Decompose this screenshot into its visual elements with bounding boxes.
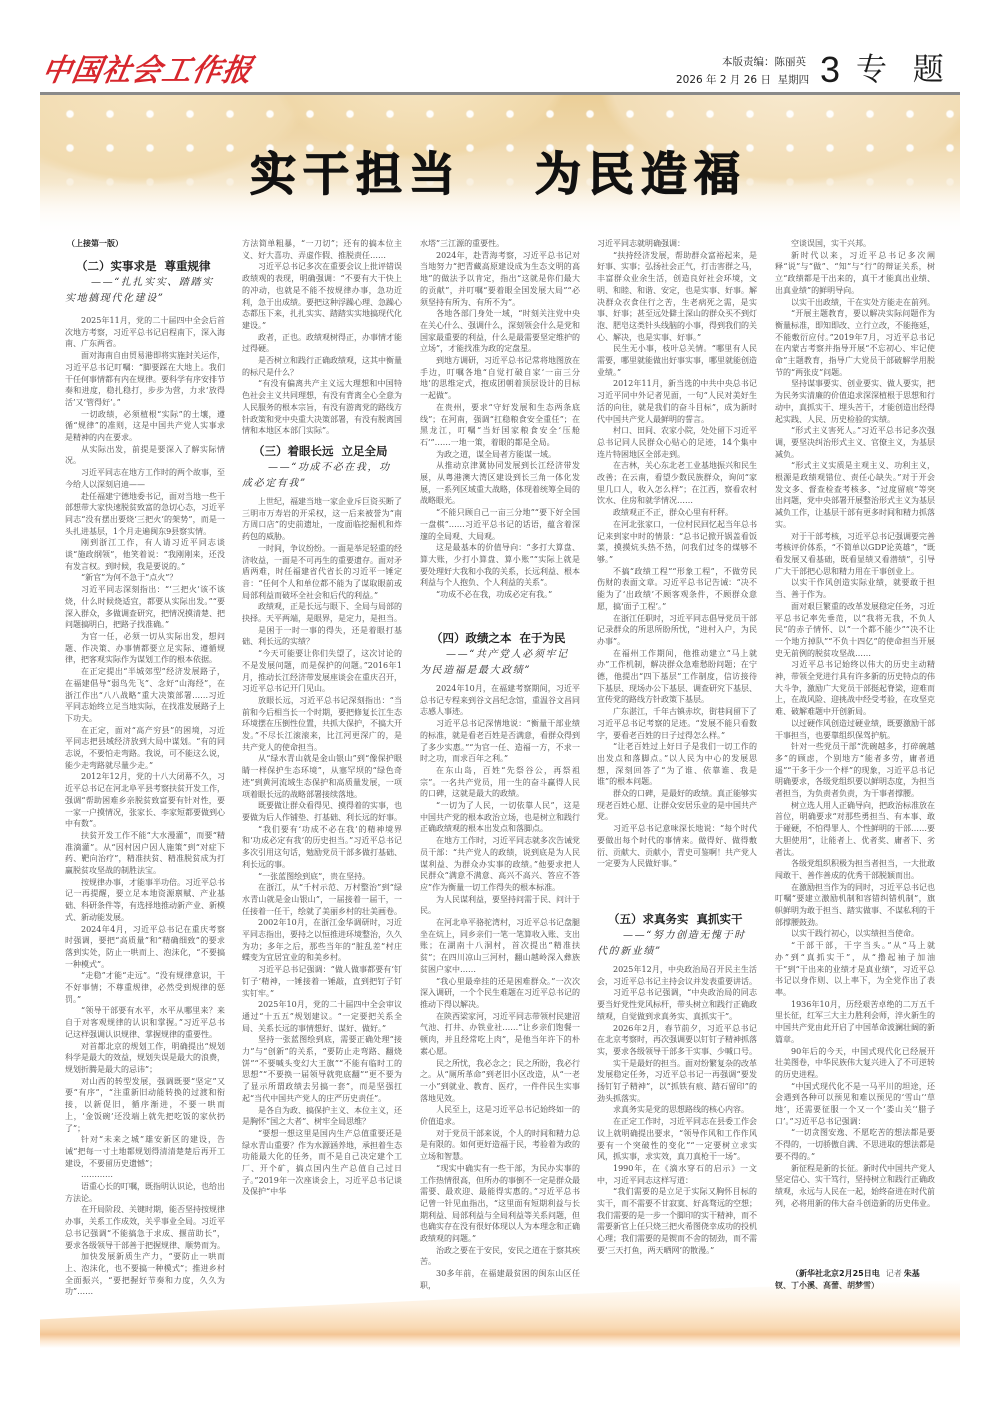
credit-reporter-label: 记者 [880,1269,904,1278]
article-paragraph: 面对艰巨繁重的改革发展稳定任务，习近平总书记率先垂范，以“我将无我，不负人民”的… [775,601,935,660]
article-paragraph: 在开局阶段、关键时期，能否坚持按规律办事，关系工作成效，关乎事业全局。习近平总书… [65,1204,225,1251]
article-paragraph: 人民至上，这是习近平总书记始终如一的价值追求。 [420,1104,580,1127]
column-text: 2024年10月，在福建考察期间，习近平总书记专程来到谷文昌纪念馆，重温谷文昌同… [420,683,580,1300]
section-heading-5: （五）求真务实 真抓实干 ——“努力创造无愧于时代的新业绩” [597,911,757,960]
article-paragraph: 一切政绩，必须植根“实际”的土壤，遵循“规律”的准则，这是中国共产党人实事求是精… [65,409,225,444]
article-paragraph: 群众的口碑，是最好的政绩。真正能够实现老百姓心愿、让群众安居乐业的是中国共产党。 [597,788,757,823]
article-paragraph: 在正定工作时，习近平同志在县委工作会议上就明确提出要求，“领导作风和工作作风要有… [597,1116,757,1163]
article-paragraph: “形式主义害死人。”习近平总书记多次强调，要坚决纠治形式主义、官僚主义，为基层减… [775,425,935,460]
article-paragraph: 习近平总书记深情地说：“衡量干部业绩的标准，就是看老百姓是否满意，看群众得到了多… [420,718,580,765]
article-paragraph: 在地方工作时，习近平同志就多次告诫党员干部：“共产党人的政绩，说到底是为人民谋利… [420,835,580,894]
article-paragraph: 以实干出政绩，干在实处方能走在前列。 [775,297,935,309]
article-paragraph: 以实干践行初心，以实绩担当使命。 [775,928,935,940]
article-paragraph: 民之所忧，我必念之；民之所盼，我必行之。从“厕所革命”到老旧小区改造，从“一老一… [420,1058,580,1105]
article-paragraph: “现实中确实有一些干部，为民办实事的工作热情很高，但所办的事倒不一定是群众最需要… [420,1163,580,1245]
article-paragraph: 刚到浙江工作，有人请习近平同志谈谈“施政纲领”，他笑着说：“我刚刚来，还没有发言… [65,537,225,572]
article-paragraph: 2025年12月，中央政治局召开民主生活会，习近平总书记主持会议并发表重要讲话。 [597,964,757,987]
article-paragraph: 新时代以来，习近平总书记多次阐释“说”与“做”、“知”与“行”的辩证关系，树立“… [775,250,935,297]
section-title: （五）求真务实 真抓实干 [597,911,757,928]
article-paragraph: 对于干部考核，习近平总书记强调要完善考核评价体系，“不简单以GDP论英雄”，“既… [775,531,935,578]
article-paragraph: 2026年2月，春节前夕，习近平总书记在北京考察时，再次强调要以钉钉子精神抓落实… [597,1023,757,1058]
column-text: 习近平同志就明确强调：“扶持经济发展，帮助群众富裕起来，是好事、实事；弘扬社会正… [597,238,757,905]
headline-left: 实干担当 [250,145,462,203]
column-text: 2025年12月，中央政治局召开民主生活会，习近平总书记主持会议并发表重要讲话。… [597,964,757,1300]
article-paragraph: 为政之道，谋全局者方能谋一域。 [420,449,580,461]
column-text: 空谈误国，实干兴邦。新时代以来，习近平总书记多次阐释“说”与“做”、“知”与“行… [775,238,935,1268]
article-paragraph: 对于党员干部来说，个人的时间和精力总是有限的。如何更好造福于民，考验着为政的立场… [420,1128,580,1163]
article-paragraph: 习近平同志就明确强调： [597,238,757,250]
article-column-1: （上接第一版） （二）实事求是 尊重规律 ——“扎扎实实、踏踏实实地搞现代化建设… [65,238,225,1300]
article-column-4: 习近平同志就明确强调：“扶持经济发展，帮助群众富裕起来，是好事、实事；弘扬社会正… [597,238,757,1300]
article-paragraph: 从推动京津冀协同发展到长江经济带发展，从粤港澳大湾区建设到长三角一体化发展，一系… [420,460,580,507]
headline-banner: 实干担当 为民造福 [40,95,960,238]
article-paragraph: 树立选人用人正确导向，把政治标准放在首位，明确要求“对那些勇担当、有本事、敢于碰… [775,800,935,859]
article-paragraph: 政绩观，正是长远与眼下、全局与局部的抉择。天平两端，是眼界，是定力，是担当。 [242,601,402,624]
section-subtitle: ——“共产党人必须牢记为民造福是最大政绩” [420,647,580,679]
article-paragraph: 村口、田间、农家小院，处处留下习近平总书记同人民群众心贴心的足迹，14个集中连片… [597,425,757,460]
article-paragraph: “走稳”才能“走远”。“没有规律意识，干不好事情；不尊重规律，必然受到规律的惩罚… [65,970,225,1005]
article-paragraph: 从“绿水青山就是金山银山”到“像保护眼睛一样保护生态环境”，从塞罕坝的“绿色奇迹… [242,753,402,800]
article-paragraph: 水塔”三江源的重要性。 [420,238,580,250]
continued-note: （上接第一版） [67,238,225,250]
article-paragraph: 1936年10月，历经艰苦卓绝的二万五千里长征，红军三大主力胜利会师，淬火新生的… [775,999,935,1046]
article-paragraph: 以实干作风创造实际业绩，就要敢于担当、善于作为。 [775,577,935,600]
article-paragraph: 方法简单粗暴，“一刀切”；还有的搞本位主义、好大喜功、弄虚作假、推脱责任…… [242,238,402,261]
article-paragraph: “让老百姓过上好日子是我们一切工作的出发点和落脚点。”以人民为中心的发展思想，深… [597,741,757,788]
article-paragraph: 2024年4月，习近平总书记在重庆考察时强调，要把“高质量”和“精确细致”的要求… [65,924,225,971]
article-paragraph: 习近平总书记意味深长地说：“每个时代要做出每个时代的事情来。做得好、做得敷衍、贡… [597,823,757,870]
article-paragraph: “新官”为何不急于“点火”？ [65,572,225,584]
article-paragraph: “一切为了人民，一切依靠人民”，这是中国共产党的根本政治立场，也是树立和践行正确… [420,800,580,835]
article-paragraph: “我心里最牵挂的还是困难群众。”一次次深入调研，一个个民生难题在习近平总书记的推… [420,976,580,1011]
article-paragraph: 以过硬作风创造过硬业绩，既要激励干部干事担当，也要靠组织保驾护航。 [775,718,935,741]
article-paragraph: “有没有偏离共产主义远大理想和中国特色社会主义共同理想，有没有背离全心全意为人民… [242,378,402,437]
banner-fade [40,183,960,238]
article-paragraph: 上世纪，福建当地一家企业斥巨资买断了三明市万寿岩的开采权，这一后来被誉为“南方周… [242,496,402,543]
article-paragraph: 2012年12月，党的十八大闭幕不久，习近平总书记在河北阜平县考察扶贫开发工作，… [65,771,225,830]
article-paragraph: 实干是最好的担当。面对纷繁复杂的改革发展稳定任务，习近平总书记一再强调“要发扬钉… [597,1058,757,1105]
section-name: 专 题 [856,53,946,87]
article-paragraph: ………… [65,1169,225,1181]
article-paragraph: “我们要有‘功成不必在我’的精神境界和‘功成必定有我’的历史担当。”习近平总书记… [242,824,402,871]
article-paragraph: 习近平总书记始终以伟大的历史主动精神，带领全党进行具有许多新的历史特点的伟大斗争… [775,659,935,718]
article-paragraph: 坚持谋事要实、创业要实、做人要实，把为民务实清廉的价值追求深深植根于思想和行动中… [775,378,935,425]
article-paragraph: 不搞“政绩工程”“形象工程”，不做劳民伤财的表面文章。习近平总书记告诫：“决不能… [597,566,757,613]
article-paragraph: 语重心长的叮嘱，既指明认识论，也给出方法论。 [65,1181,225,1204]
article-paragraph: 从实际出发，前提是要深入了解实际情况。 [65,444,225,467]
article-paragraph: 求真务实是党的思想路线的核心内容。 [597,1104,757,1116]
article-paragraph: 习近平同志深刻指出：“‘三把火’该不该烧，什么时候烧适宜，都要从实际出发。”“要… [65,584,225,631]
article-paragraph: 到地方调研，习近平总书记常将地图放在手边，叮嘱各地“自觉打破自家‘一亩三分地’的… [420,355,580,402]
article-paragraph: 是各自为政、搞保护主义、本位主义，还是胸怀“国之大者”、树牢全局思维？ [242,1105,402,1128]
article-paragraph: “我们需要的是立足于实际又胸怀目标的实干，而不需要不甘寂寞、好高骛远的空想；我们… [597,1186,757,1256]
article-paragraph: 2024年，赴青海考察，习近平总书记对当地努力“把青藏高原建设成为生态文明的高地… [420,250,580,309]
article-paragraph: 政者，正也。政绩观树得正，办事情才能过得硬。 [242,332,402,355]
article-paragraph: “领导干部要有水平，水平从哪里来？来自于对客观规律的认识和掌握。”习近平总书记这… [65,1005,225,1040]
article-paragraph: 扶贫开发工作不能“大水漫灌”，而要“精准滴灌”。从“因村因户因人施策”到“对症下… [65,830,225,877]
article-paragraph: “今天可能要让你们失望了，这次讨论的不是发展问题，而是保护的问题。”2016年1… [242,648,402,695]
article-paragraph: 在河北阜平骆驼湾村，习近平总书记盘腿坐在炕上，同乡亲们一笔一笔算收入账、支出账；… [420,917,580,976]
article-paragraph: 30多年前，在福建最贫困的闽东山区任职， [420,1268,580,1291]
page-editor: 本版责编：陈丽英 [722,56,806,69]
article-paragraph: 在激励担当作为的同时，习近平总书记也叮嘱“要建立激励机制和容错纠错机制”，旗帜鲜… [775,882,935,929]
article-paragraph: 放眼长远，习近平总书记深刻指出：“当前和今后相当长一个时期，要把修复长江生态环境… [242,695,402,754]
article-paragraph: “一张蓝图绘到底”，贵在坚持。 [242,871,402,883]
article-column-3: 水塔”三江源的重要性。2024年，赴青海考察，习近平总书记对当地努力“把青藏高原… [420,238,580,1300]
headline-right: 为民造福 [535,145,747,203]
article-paragraph: 新征程是新的长征。新时代中国共产党人坚定信心、实干笃行，坚持树立和践行正确政绩观… [775,1163,935,1210]
article-paragraph: 在浙江任职时，习近平同志倡导党员干部记录群众的所思所盼所忧，“进村入户，为民办事… [597,613,757,648]
article-paragraph: 民生无小事，枝叶总关情。“哪里有人民需要，哪里就能做出好事实事，哪里就能创造业绩… [597,343,757,378]
article-paragraph: 对山西的转型发展，强调既要“坚定”又要“有序”，“注重新旧动能转换的过渡和衔接，… [65,1076,225,1135]
section-heading-2: （二）实事求是 尊重规律 ——“扎扎实实、踏踏实实地搞现代化建设” [65,258,225,307]
article-paragraph: 针对一些党员干部“洗碗越多，打碎碗越多”的顾虑，个别地方“能者多劳，庸者逍遥”“… [775,741,935,800]
article-paragraph: 一时间，争议纷纷。一面是举足轻重的经济收益，一面是不可再生的重要遗存。面对矛盾两… [242,543,402,602]
article-paragraph: 2025年10月，党的二十届四中全会审议通过“十五五”规划建议。“一定要把关系全… [242,999,402,1034]
article-paragraph: 在正定提出“半城郊型”经济发展路子，在福建倡导“弱鸟先飞”、念好“山海经”，在浙… [65,666,225,725]
article-column-2: 方法简单粗暴，“一刀切”；还有的搞本位主义、好大喜功、弄虚作假、推脱责任……习近… [242,238,402,1300]
article-paragraph: “一切贪图安逸、不愿吃苦的想法都是要不得的，一切骄傲自满、不思进取的想法都是要不… [775,1127,935,1162]
column-text: 水塔”三江源的重要性。2024年，赴青海考察，习近平总书记对当地努力“把青藏高原… [420,238,580,624]
article-paragraph: 2002年10月，在浙江金华调研时，习近平同志指出，要持之以恒推进环境整治，久久… [242,917,402,964]
article-paragraph: 加快发展新质生产力，“要防止一哄而上、泡沫化，也不要搞一种模式”；推进乡村全面振… [65,1251,225,1298]
article-paragraph: 2025年11月，党的二十届四中全会后首次地方考察，习近平总书记启程南下，深入海… [65,315,225,350]
article-paragraph: 2012年11月，新当选的中共中央总书记习近平同中外记者见面，一句“人民对美好生… [597,378,757,425]
article-paragraph: 对首都北京的规划工作，明确提出“规划科学是最大的效益，规划失误是最大的浪费，规划… [65,1041,225,1076]
article-paragraph: 在贵州，要求“守好发展和生态两条底线”；在河南，强调“扛稳粮食安全重任”；在黑龙… [420,402,580,449]
article-paragraph: 治政之要在于安民，安民之道在于察其疾苦。 [420,1245,580,1268]
issue-date: 2026 年 2 月 26 日 星期四 [676,74,809,87]
article-paragraph: “开展主题教育，要以解决实际问题作为衡量标准，即知即改、立行立改，不能拖延，不能… [775,308,935,378]
article-paragraph: 是困于一时一事的得失，还是着眼打基础、利长远的实绩？ [242,625,402,648]
article-paragraph: 90年后的今天，中国式现代化已经展开壮美图卷，中华民族伟大复兴进入了不可逆转的历… [775,1046,935,1081]
article-paragraph: 在浙江，从“千村示范、万村整治”到“绿水青山就是金山银山”，一届接着一届干，一任… [242,882,402,917]
section-title: （四）政绩之本 在于为民 [420,630,580,647]
section-title: （二）实事求是 尊重规律 [65,258,225,275]
article-paragraph: 广东湛江，千年古镇赤坎，街巷间留下了习近平总书记考察的足迹。“发展不能只看数字，… [597,706,757,741]
section-heading-3: （三）着眼长远 立足全局 ——“功成不必在我，功成必定有我” [242,443,402,492]
article-paragraph: 在陕西梁家河，习近平同志带领村民建沼气池、打井、办铁业社……“让乡亲们饱餐一顿肉… [420,1011,580,1058]
article-paragraph: 赴任福建宁德地委书记，面对当地一些干部想带大家快速脱贫致富的急切心态，习近平同志… [65,491,225,538]
article-paragraph: 各级党组织积极为担当者担当，一大批敢闯敢干、善作善成的优秀干部脱颖而出。 [775,858,935,881]
section-subtitle: ——“努力创造无愧于时代的新业绩” [597,928,757,960]
article-paragraph: 既要做让群众看得见、摸得着的实事，也要做为后人作铺垫、打基础、利长远的好事。 [242,800,402,823]
article-paragraph: 在吉林，关心东北老工业基地振兴和民生改善；在云南，看望少数民族群众，询问“家里几… [597,460,757,507]
article-paragraph: “功成不必在我，功成必定有我。” [420,589,580,601]
article-paragraph: 在河北张家口，一位村民回忆起当年总书记来到家中时的情景：“总书记掀开锅盖看饭菜，… [597,519,757,566]
article-paragraph: 2024年10月，在福建考察期间，习近平总书记专程来到谷文昌纪念馆，重温谷文昌同… [420,683,580,718]
article-paragraph: 政绩观正不正，群众心里有杆秤。 [597,507,757,519]
article-paragraph: 空谈误国，实干兴邦。 [775,238,935,250]
section-title: （三）着眼长远 立足全局 [242,443,402,460]
column-text: 上世纪，福建当地一家企业斥巨资买断了三明市万寿岩的开采权，这一后来被誉为“南方周… [242,496,402,1300]
article-paragraph: 为人民谋利益，要坚持问需于民、问计于民。 [420,894,580,917]
article-paragraph: 习近平总书记强调，“中央政治局的同志要当好党性党风标杆，带头树立和践行正确政绩观… [597,987,757,1022]
article-paragraph: 习近平总书记多次在重要会议上批评错误政绩观的表现，明确强调：“不要有大干快上的冲… [242,261,402,331]
article-paragraph: “干部干部，干字当头。”从“马上就办”到“真抓实干”，从“撸起袖子加油干”到“干… [775,940,935,999]
article-paragraph: 在福州工作期间，他推动建立“马上就办”工作机制，解决群众急难愁盼问题；在宁德，他… [597,648,757,707]
article-paragraph: “形式主义实质是主观主义、功利主义，根源是政绩观错位、责任心缺失。”对于开会发文… [775,460,935,530]
page-number: 3 [820,52,840,88]
article-paragraph: 在正定，面对“高产穷县”的困境，习近平同志把县域经济放到大局中谋划。“有的同志说… [65,725,225,772]
article-paragraph: 是否树立和践行正确政绩观，这其中衡量的标尺是什么？ [242,355,402,378]
article-paragraph: 为官一任，必须一切从实际出发，想问题、作决策、办事情都要立足实际、遵循规律，把客… [65,631,225,666]
article-paragraph: 针对“未来之城”雄安新区的建设，告诫“把每一寸土地都规划得清清楚楚后再开工建设，… [65,1134,225,1169]
credit-source: （新华社北京2月25日电 [791,1269,880,1278]
article-paragraph: “扶持经济发展，帮助群众富裕起来，是好事、实事；弘扬社会正气，打击害群之马，丰富… [597,250,757,344]
article-paragraph: 各地各部门身处一域，“时刻关注党中央在关心什么、强调什么，深刻领会什么是党和国家… [420,308,580,355]
article-paragraph: “中国式现代化不是一马平川的坦途，还会遇到各种可以预见和难以预见的‘雪山’‘草地… [775,1081,935,1128]
article-paragraph: 这是最基本的价值导向：“多打大算盘、算大账，少打小算盘、算小账”“实际上就是要处… [420,542,580,589]
article-paragraph: 面对海南自由贸易港即将实施封关运作，习近平总书记叮嘱：“脚要踩在大地上。我们干任… [65,350,225,409]
section-heading-4: （四）政绩之本 在于为民 ——“共产党人必须牢记为民造福是最大政绩” [420,630,580,679]
newspaper-logo: 中国社会工作报 [39,50,256,90]
article-paragraph: 坚持一张蓝图绘到底，需要正确处理“接力”与“创新”的关系，“要防止走弯路、翻烧饼… [242,1034,402,1104]
column-text: 方法简单粗暴，“一刀切”；还有的搞本位主义、好大喜功、弄虚作假、推脱责任……习近… [242,238,402,437]
article-paragraph: 习近平同志在地方工作时的两个故事，至今给人以深刻启迪—— [65,467,225,490]
article-paragraph: 习近平总书记强调：“做人做事都要有‘钉钉子’精神，一锤接着一锤敲，直到把钉子钉实… [242,964,402,999]
article-column-5: 空谈误国，实干兴邦。新时代以来，习近平总书记多次阐释“说”与“做”、“知”与“行… [775,238,935,1300]
section-subtitle: ——“功成不必在我，功成必定有我” [242,460,402,492]
article-paragraph: “要想一想这里是国内生产总值重要还是绿水青山重要？作为水源涵养地，承担着生态功能… [242,1128,402,1198]
article-paragraph: “不能只顾自己一亩三分地”“要下好全国一盘棋”……习近平总书记的话语，蕴含着深邃… [420,507,580,542]
section-subtitle: ——“扎扎实实、踏踏实实地搞现代化建设” [65,275,225,307]
article-paragraph: 按规律办事，才能事半功倍。习近平总书记一再提醒，要立足本地资源禀赋、产业基础、科… [65,877,225,924]
article-paragraph: 1990年，在《滴水穿石的启示》一文中，习近平同志这样写道： [597,1163,757,1186]
article-paragraph: 在东山岛，百姓“先祭谷公，再祭祖宗”。一名共产党员，用一生的奋斗赢得人民的口碑，… [420,765,580,800]
column-text: 2025年11月，党的二十届四中全会后首次地方考察，习近平总书记启程南下，深入海… [65,315,225,1300]
